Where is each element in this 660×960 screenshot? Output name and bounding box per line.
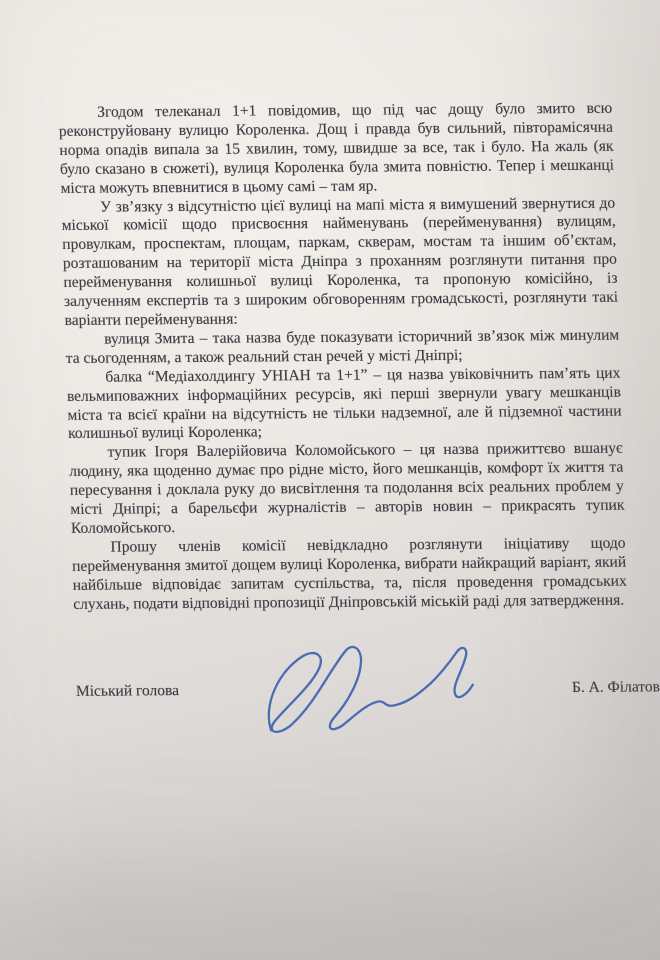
paragraph: Згодом телеканал 1+1 повідомив, що під ч…	[58, 100, 615, 199]
paragraph: тупик Ігоря Валерійовича Коломойського –…	[68, 440, 625, 539]
signature-stroke	[266, 647, 473, 733]
paragraph: У зв’язку з відсутністю цієї вулиці на м…	[61, 194, 619, 331]
signer-title: Міський голова	[76, 682, 180, 702]
letter-body: Згодом телеканал 1+1 повідомив, що під ч…	[58, 100, 632, 745]
paragraph: Прошу членів комісії невідкладно розглян…	[71, 534, 627, 614]
photographed-letter: Згодом телеканал 1+1 повідомив, що під ч…	[0, 0, 660, 960]
signature-block: Міський голова Б. А. Філатов	[74, 636, 660, 745]
paragraph: балка “Медіахолдингу УНІАН та 1+1” – ця …	[66, 364, 622, 444]
signature-ink	[254, 637, 497, 743]
paragraph: вулиця Змита – така назва буде показуват…	[65, 326, 620, 368]
signer-name: Б. А. Філатов	[572, 678, 660, 698]
